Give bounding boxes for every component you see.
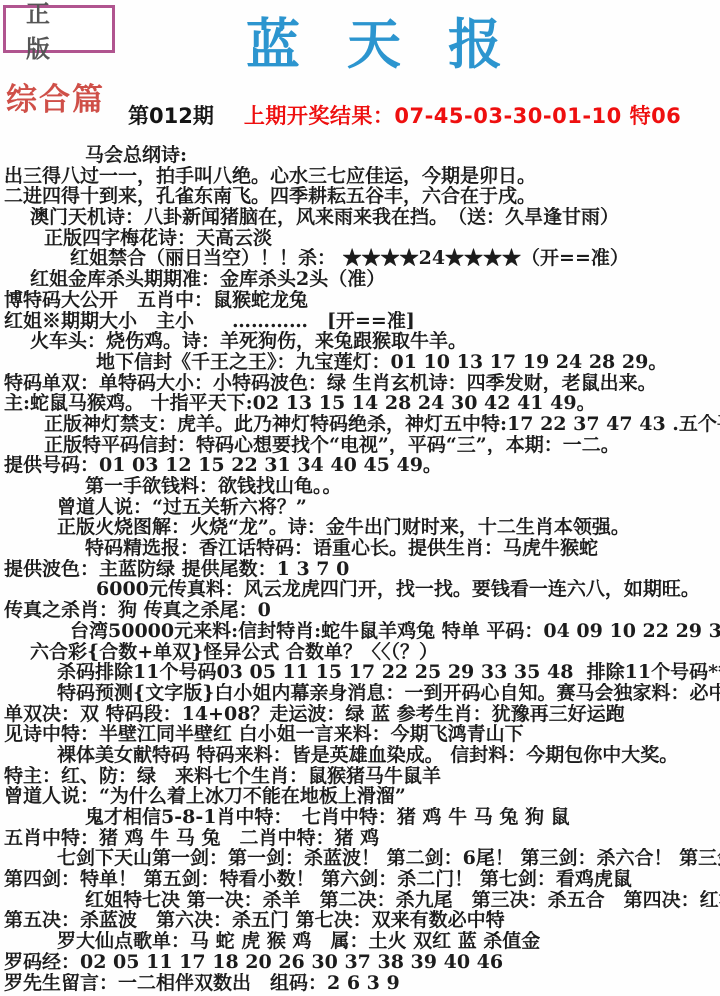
content-line: 提供波色：主蓝防绿 提供尾数：1 3 7 0 (0, 559, 720, 580)
content-line: 曾道人说：“过五关斩六将？” (0, 497, 720, 518)
content-line: 罗码经：02 05 11 17 18 20 26 30 37 38 39 40 … (0, 952, 720, 973)
content-line: 正版四字梅花诗：天高云淡 (0, 228, 720, 249)
content-line: 罗大仙点歌单：马 蛇 虎 猴 鸡 属：土火 双红 蓝 杀值金 (0, 931, 720, 952)
content-line: 博特码大公开 五肖中：鼠猴蛇龙兔 (0, 290, 720, 311)
content-line: 鬼才相信5-8-1肖中特： 七肖中特：猪 鸡 牛 马 兔 狗 鼠 (0, 807, 720, 828)
content-line: 主:蛇鼠马猴鸡。 十指平天下:02 13 15 14 28 24 30 42 4… (0, 393, 720, 414)
content-line: 红姐金库杀头期期准：金库杀头2头（准） (0, 269, 720, 290)
issue-row: 第012期 上期开奖结果：07-45-03-30-01-10 特06 (128, 100, 681, 130)
content-line: 第一手欲钱料：欲钱找山龟。。 (0, 476, 720, 497)
content-line: 红姐特七决 第一决：杀羊 第二决：杀九尾 第三决：杀五合 第四决：红波 (0, 890, 720, 911)
content-line: 五肖中特：猪 鸡 牛 马 兔 二肖中特：猪 鸡 (0, 828, 720, 849)
content-lines: 马会总纲诗:出三得八过一一，拍手叫八绝。心水三七应佳运，今期是卯日。二进四得十到… (0, 145, 720, 993)
content-line: 澳门天机诗：八卦新闻猪脑在，风来雨来我在挡。 （送：久旱逢甘雨） (0, 207, 720, 228)
content-line: 第五决：杀蓝波 第六决：杀五门 第七决：双来有数必中特 (0, 910, 720, 931)
content-line: 红姐※期期大小 主小 ………… [开==准] (0, 311, 720, 332)
section-title: 综合篇 (6, 74, 105, 119)
content-line: 传真之杀肖：狗 传真之杀尾：0 (0, 600, 720, 621)
content-line: 特主：红、防：绿 来料七个生肖：鼠猴猪马牛鼠羊 (0, 766, 720, 787)
content-line: 出三得八过一一，拍手叫八绝。心水三七应佳运，今期是卯日。 (0, 166, 720, 187)
content-line: 六合彩{合数+单双}怪异公式 合数单？〈〈（？） (0, 642, 720, 663)
content-line: 特码预测{文字版}白小姐内幕亲身消息：一到开码心自知。赛马会独家料：必中二特在二… (0, 683, 720, 704)
content-line: 6000元传真料：风云龙虎四门开，找一找。要钱看一连六八，如期旺。 (0, 579, 720, 600)
content-line: 裸体美女献特码 特码来料：皆是英雄血染成。 信封料：今期包你中大奖。 (0, 745, 720, 766)
newspaper-page: 正 版 蓝天报 综合篇 第012期 上期开奖结果：07-45-03-30-01-… (0, 0, 720, 996)
content-line: 台湾50000元来料:信封特肖:蛇牛鼠羊鸡兔 特单 平码：04 09 10 22… (0, 621, 720, 642)
content-line: 正版特平码信封：特码心想要找个“电视”，平码“三”，本期：一二。 (0, 435, 720, 456)
content-line: 特码精选报：香江话特码：语重心长。提供生肖：马虎牛猴蛇 (0, 538, 720, 559)
content-line: 杀码排除11个号码03 05 11 15 17 22 25 29 33 35 4… (0, 662, 720, 683)
content-line: 七剑下天山第一剑：第一剑：杀蓝波！ 第二剑：6尾！ 第三剑：杀六合！ 第三剑：杀… (0, 848, 720, 869)
last-draw-result: 上期开奖结果：07-45-03-30-01-10 特06 (244, 100, 681, 130)
content-line: 火车头：烧伤鸡。诗：羊死狗伤，来兔跟猴取牛羊。 (0, 331, 720, 352)
content-line: 正版神灯禁支：虎羊。此乃神灯特码绝杀，神灯五中特:17 22 37 47 43 … (0, 414, 720, 435)
content-line: 提供号码：01 03 12 15 22 31 34 40 45 49。 (0, 455, 720, 476)
content-line: 见诗中特：半壁江同半壁红 白小姐一言来料：今期飞鸿青山下 (0, 724, 720, 745)
content-line: 单双决：双 特码段：14+08？走运波：绿 蓝 参考生肖：犹豫再三好运跑 (0, 704, 720, 725)
paper-title: 蓝天报 (246, 2, 549, 79)
content-line: 罗先生留言：一二相伴双数出 组码：2 6 3 9 (0, 973, 720, 994)
content-line: 特码单双：单特码大小：小特码波色：绿 生肖玄机诗：四季发财，老鼠出来。 (0, 373, 720, 394)
content-line: 正版火烧图解：火烧“龙”。诗：金牛出门财时来，十二生肖本领强。 (0, 517, 720, 538)
issue-number: 第012期 (128, 100, 214, 130)
content-line: 二进四得十到来，孔雀东南飞。四季耕耘五谷丰，六合在于戌。 (0, 186, 720, 207)
content-line: 曾道人说：“为什么着上冰刀不能在地板上滑溜” (0, 786, 720, 807)
content-line: 地下信封《千王之王》：九宝莲灯：01 10 13 17 19 24 28 29。 (0, 352, 720, 373)
content-line: 红姐禁合（丽日当空）！！杀： ★★★★24★★★★（开==准） (0, 248, 720, 269)
content-line: 马会总纲诗: (0, 145, 720, 166)
content-line: 第四剑：特单！ 第五剑：特看小数！ 第六剑：杀二门！ 第七剑：看鸡虎鼠 (0, 869, 720, 890)
edition-badge: 正 版 (3, 5, 115, 53)
